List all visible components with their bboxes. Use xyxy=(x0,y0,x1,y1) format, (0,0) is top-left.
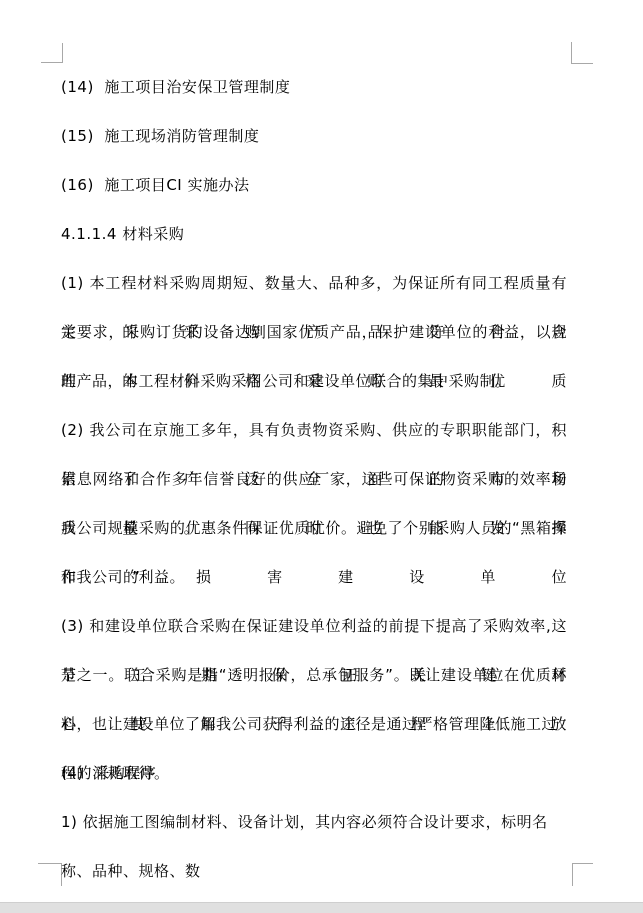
margin-mark-top-right xyxy=(571,42,593,64)
margin-mark-bottom-right xyxy=(572,863,593,886)
text-line: 1) 依据施工图编制材料、设备计划，其内容必须符合设计要求，标明名称、品种、规格… xyxy=(61,798,567,847)
text-line: (14) 施工项目治安保卫管理制度 xyxy=(61,63,567,112)
text-line: 信息网络和合作多年信誉良好的供应厂家，这些可保证物资采购的效率和质量。同时也能发… xyxy=(61,455,567,504)
margin-mark-bottom-left xyxy=(38,863,62,886)
text-line: 节之一。联合采购是指“透明报价，总承包服务”。既让建设单位在优质材料使用于工程上… xyxy=(61,651,567,700)
text-line: (2) 我公司在京施工多年，具有负责物资采购、供应的专职职能部门，积累了广泛全面… xyxy=(61,406,567,455)
margin-mark-top-left xyxy=(41,43,63,63)
document-text-area: (14) 施工项目治安保卫管理制度(15) 施工现场消防管理制度(16) 施工项… xyxy=(61,63,567,847)
text-line: 4.1.1.4 材料采购 xyxy=(61,210,567,259)
text-line: (15) 施工现场消防管理制度 xyxy=(61,112,567,161)
text-line: (4) 采购程序 xyxy=(61,749,567,798)
text-line: 我公司规模采购的优惠条件保证优质优价。避免了个别采购人员的“黑箱操作”损害建设单… xyxy=(61,504,567,553)
text-line: (16) 施工项目CI 实施办法 xyxy=(61,161,567,210)
page-bottom-gap xyxy=(0,902,643,913)
text-line: (3) 和建设单位联合采购在保证建设单位利益的前提下提高了采购效率,这是工期保证… xyxy=(61,602,567,651)
text-line: 的产品，本工程材料采购采用公司和建设单位联合的集中采购制。 xyxy=(61,357,567,406)
text-line: (1) 本工程材料采购周期短、数量大、品种多，为保证所有同工程质量有关的采购产品… xyxy=(61,259,567,308)
document-page: (14) 施工项目治安保卫管理制度(15) 施工现场消防管理制度(16) 施工项… xyxy=(0,0,643,913)
text-line: 定要求，采购订货的设备达到国家优质产品，保护建设单位的利益，以合理的价格采购最优… xyxy=(61,308,567,357)
text-line: 心，也让建设单位了解我公司获得利益的途径是通过严格管理降低施工过程的消耗取得。 xyxy=(61,700,567,749)
